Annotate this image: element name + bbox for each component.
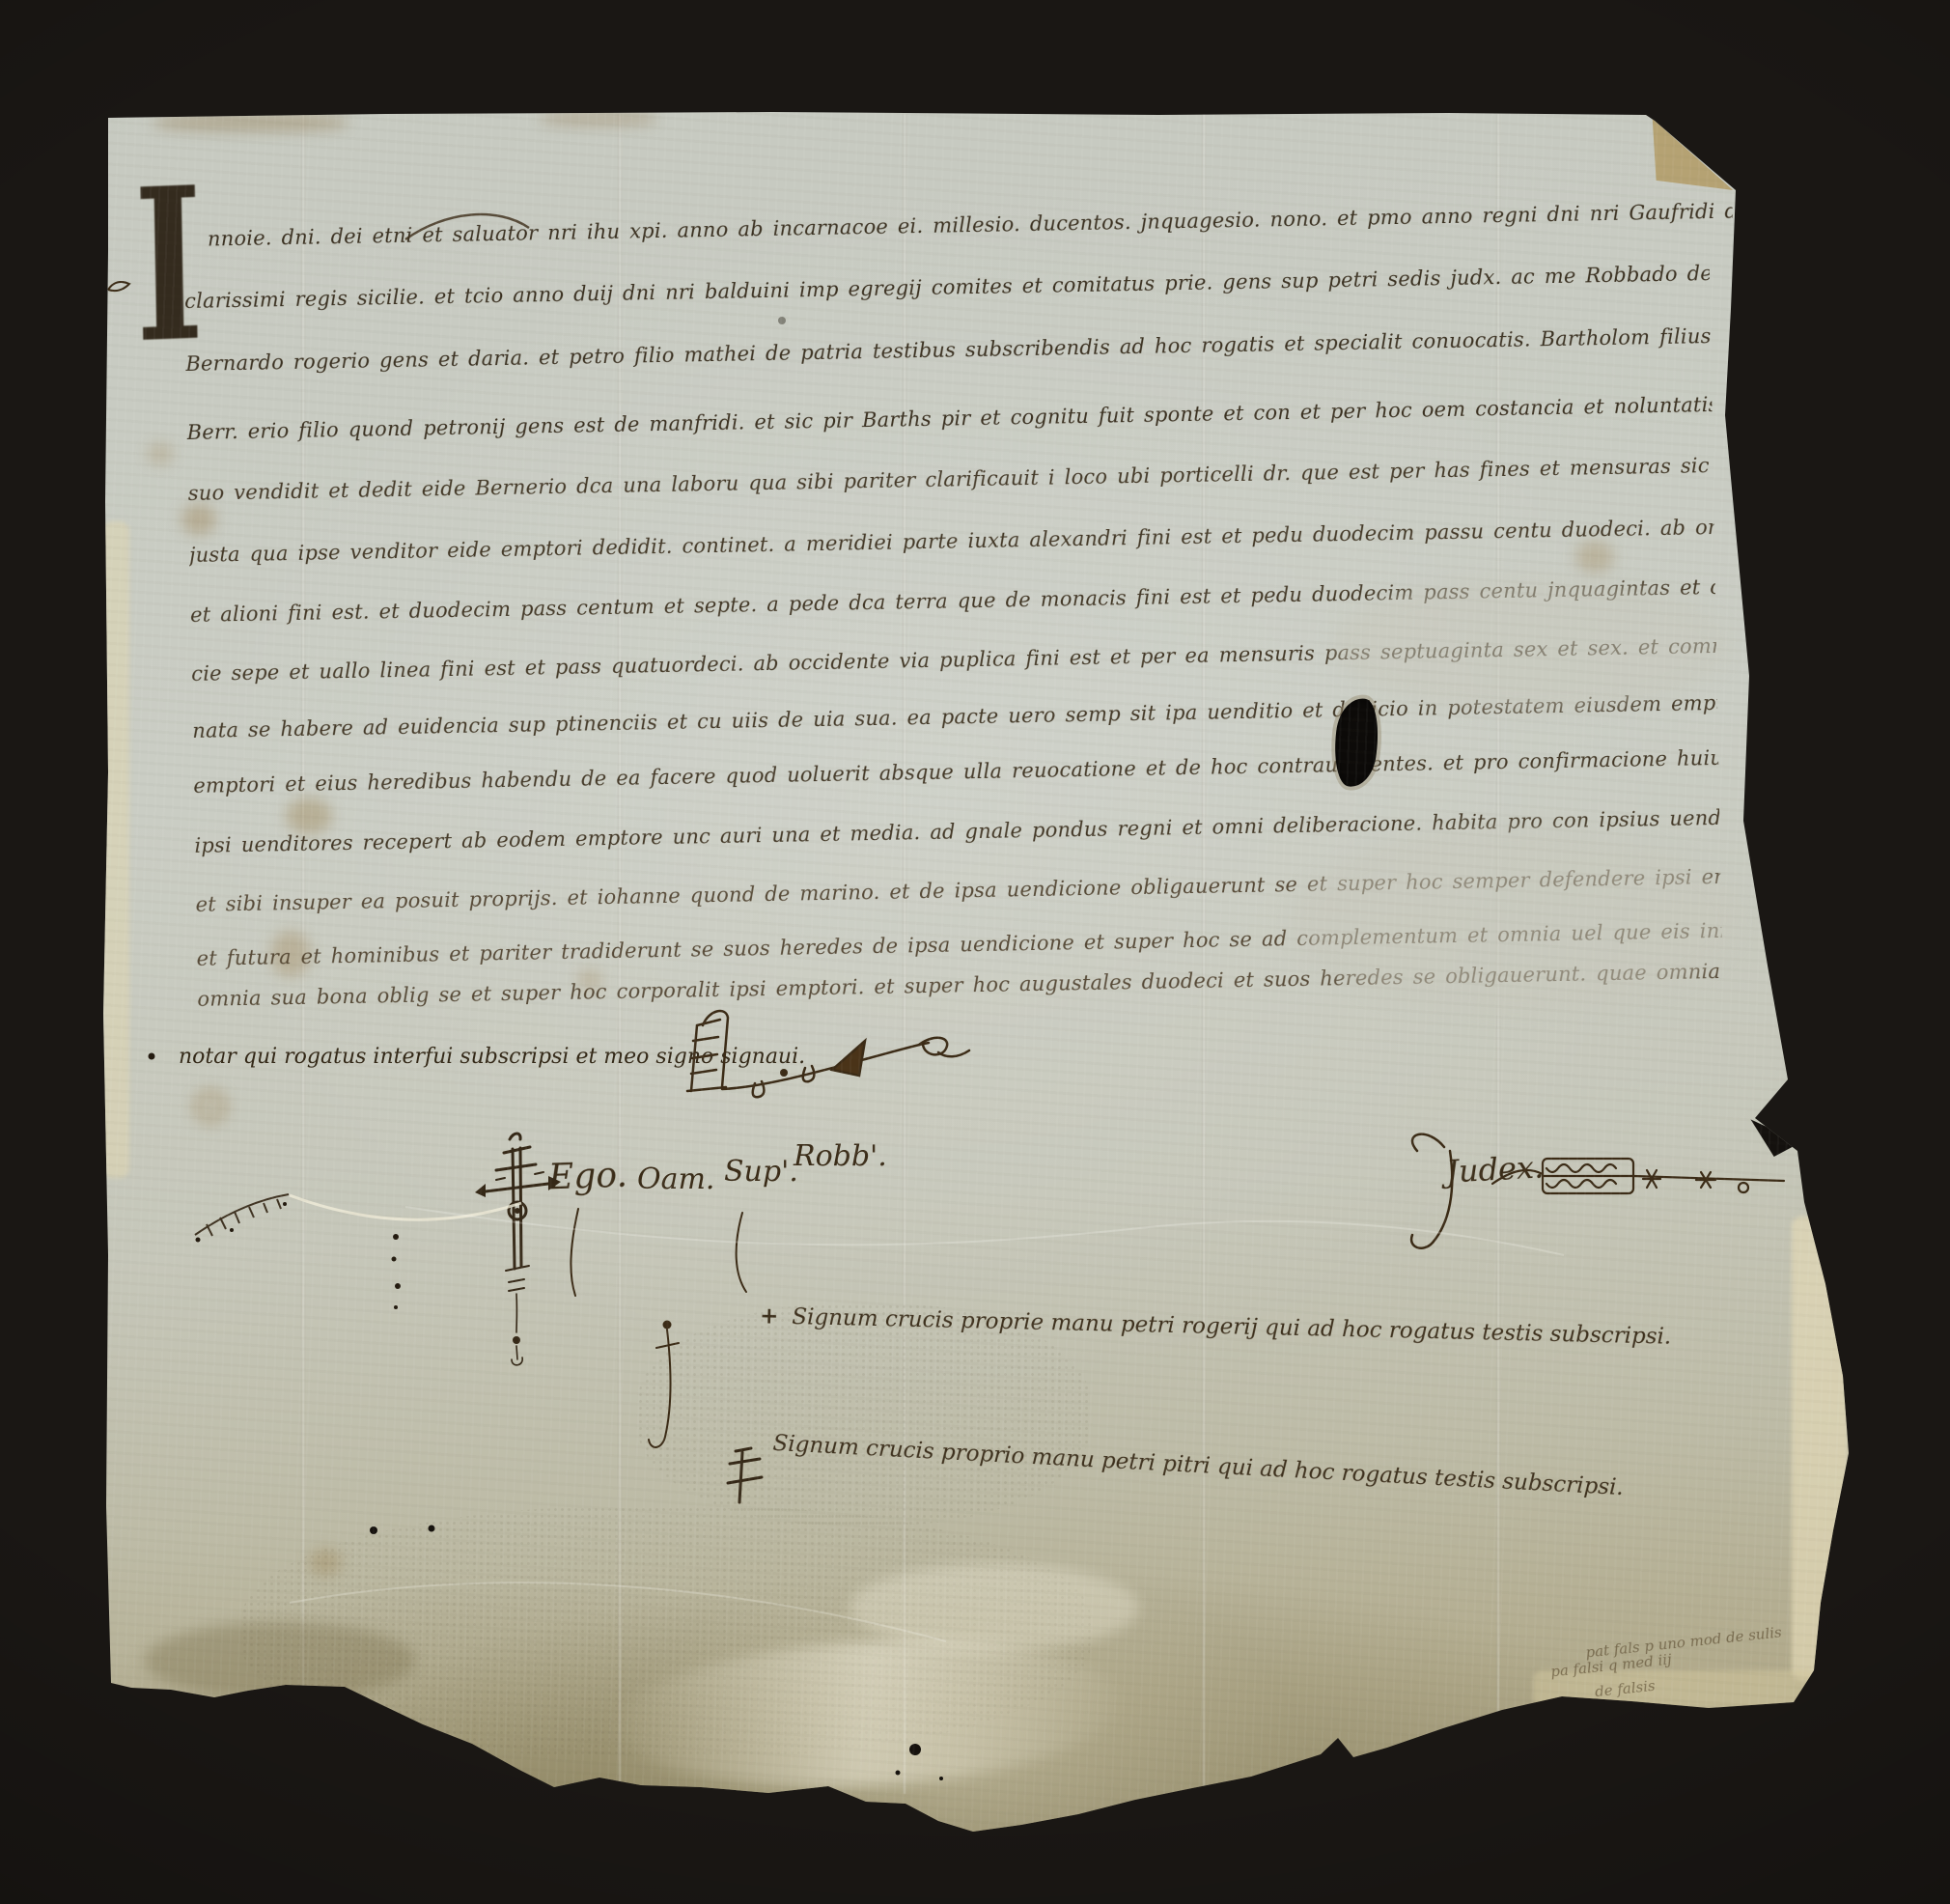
manuscript-line: Berr. erio filio quond petronij gens est… <box>186 392 1712 446</box>
notary-closing-line: notar qui rogatus interfui subscripsi et… <box>179 1045 805 1069</box>
parchment-sheet: nnoie. dni. dei etni et saluator nri ihu… <box>0 0 1950 1904</box>
manuscript-line: Bernardo rogerio gens et daria. et petro… <box>185 323 1711 378</box>
manuscript-line: clarissimi regis sicilie. et tcio anno d… <box>184 261 1710 315</box>
manuscript-line: ipsi uenditores recepert ab eodem emptor… <box>194 805 1719 859</box>
manuscript-text-block: nnoie. dni. dei etni et saluator nri ihu… <box>0 0 1950 1904</box>
manuscript-line: nata se habere ad euidencia sup ptinenci… <box>192 690 1717 744</box>
witness-cross-icon: + <box>760 1302 779 1329</box>
manuscript-line: suo vendidit et dedit eide Bernerio dca … <box>188 453 1713 507</box>
manuscript-line: et sibi insuper ea posuit proprijs. et i… <box>195 864 1720 918</box>
illuminated-initial: I <box>133 159 205 372</box>
signature-judex: Judex. <box>1445 1148 1545 1190</box>
signature-ego: Ego. <box>547 1156 627 1198</box>
manuscript-line: emptori et eius heredibus habendu de ea … <box>193 745 1718 799</box>
signature-name: Oam. <box>637 1162 714 1196</box>
signature-sup: Sup'. <box>724 1155 798 1189</box>
manuscript-line: justa qua ipse venditor eide emptori ded… <box>189 515 1714 569</box>
signature-rob: Robb'. <box>794 1139 887 1173</box>
manuscript-line: et alioni fini est. et duodecim pass cen… <box>190 574 1715 629</box>
manuscript-line: cie sepe et uallo linea fini est et pass… <box>191 633 1716 687</box>
manuscript-line: nnoie. dni. dei etni et saluator nri ihu… <box>208 199 1733 253</box>
photograph-canvas: { "initial": "I", "lines": [ "nnoie. dni… <box>0 0 1950 1904</box>
